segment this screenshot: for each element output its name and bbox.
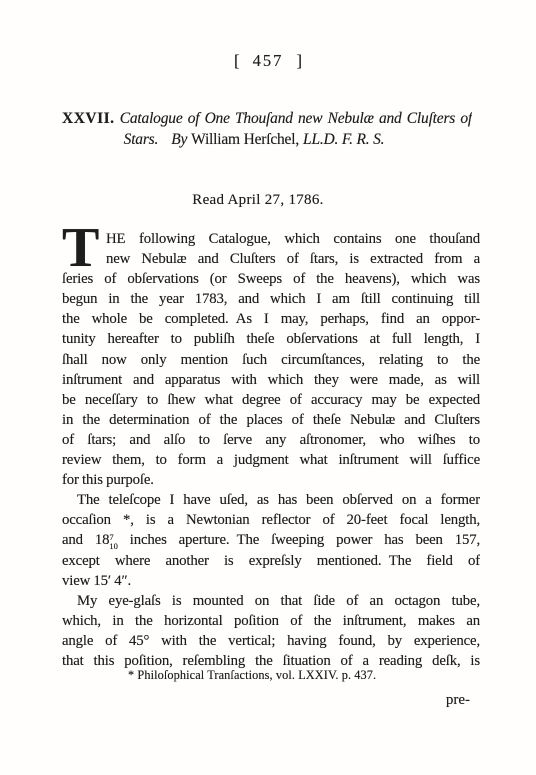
body-line: new Nebulæ and Cluſters of ſtars, is ext… — [106, 249, 480, 269]
article-title-line-2: Stars.ByWilliam Herſchel,LL.D. F. R. S. — [62, 129, 472, 150]
body-line: which, in the horizontal poſition of the… — [62, 611, 480, 631]
folio-open-bracket: [ — [234, 51, 240, 70]
body-line: ſhall now only mention ſuch circumſtance… — [62, 350, 480, 370]
fraction-seven-tenths: 710 — [109, 533, 118, 551]
folio-close-bracket: ] — [296, 51, 302, 70]
author-name: William Herſchel, — [191, 131, 299, 148]
folio-number: 457 — [253, 51, 284, 70]
article-title-line-1: XXVII. Catalogue of One Thouſand new Neb… — [62, 108, 472, 129]
author-honors: LL.D. F. R. S. — [303, 131, 384, 148]
scanned-paper-page: [457] XXVII. Catalogue of One Thouſand n… — [0, 0, 536, 775]
body-text: T HE following Catalogue, which contains… — [62, 229, 480, 671]
body-line: begun in the year 1783, and which I am ſ… — [62, 289, 480, 309]
body-line: inſtrument and apparatus with which they… — [62, 370, 480, 390]
footnote-reference: * Philoſophical Tranſactions, vol. LXXIV… — [62, 668, 480, 683]
body-line: occaſion *, is a Newtonian reflector of … — [62, 510, 480, 530]
paragraph-2: The teleſcope I have uſed, as has been o… — [62, 490, 480, 591]
body-line: for this purpoſe. — [62, 470, 480, 490]
paragraph-1: T HE following Catalogue, which contains… — [62, 229, 480, 490]
aperture-suffix: inches aperture. The ſweeping power has … — [130, 532, 480, 548]
byline-by: By — [171, 131, 187, 148]
catchword: pre- — [62, 692, 480, 709]
read-date-line: Read April 27, 1786. — [62, 192, 480, 209]
body-line: My eye-glaſs is mounted on that ſide of … — [62, 591, 480, 611]
body-line: the whole be completed. As I may, perhap… — [62, 309, 480, 329]
fraction-numerator: 7 — [109, 533, 118, 542]
body-line-with-fraction: and 18710 inches aperture. The ſweeping … — [62, 530, 480, 551]
folio-page-number: [457] — [0, 51, 536, 71]
body-line: The teleſcope I have uſed, as has been o… — [62, 490, 480, 510]
body-line: of ſtars; and alſo to ſerve any aſtronom… — [62, 430, 480, 450]
body-line: tunity hereafter to publiſh theſe obſerv… — [62, 329, 480, 349]
body-line: ſeries of obſervations (or Sweeps of the… — [62, 269, 480, 289]
body-line: angle of 45° with the vertical; having f… — [62, 631, 480, 651]
aperture-prefix: and 18 — [62, 532, 109, 548]
article-title-text: Catalogue of One Thouſand new Nebulæ and… — [120, 110, 472, 127]
body-line: view 15′ 4″. — [62, 571, 480, 591]
body-line: except where another is expreſsly mentio… — [62, 551, 480, 571]
article-title-text-continued: Stars. — [124, 131, 159, 148]
article-number: XXVII. — [62, 110, 115, 127]
body-line: review them, to form a judgment what inſ… — [62, 450, 480, 470]
article-title: XXVII. Catalogue of One Thouſand new Neb… — [62, 108, 472, 150]
body-line: in the determination of the places of th… — [62, 410, 480, 430]
body-line: HE following Catalogue, which contains o… — [106, 229, 480, 249]
fraction-denominator: 10 — [109, 542, 118, 551]
paragraph-3: My eye-glaſs is mounted on that ſide of … — [62, 591, 480, 671]
drop-cap-letter: T — [62, 229, 98, 268]
body-line: be neceſſary to ſhew what degree of accu… — [62, 390, 480, 410]
